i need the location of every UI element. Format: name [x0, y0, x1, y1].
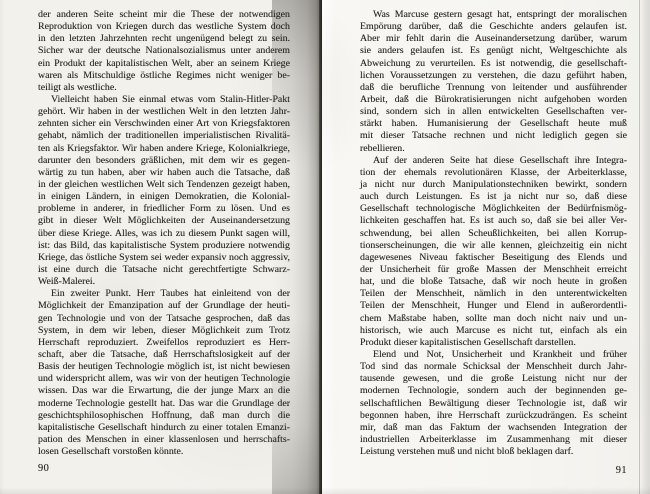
text-line: industriellen Arbeiterklasse im Zusammen… — [360, 434, 627, 446]
text-line: ja nicht nur durch Manipulationstechnike… — [360, 179, 627, 191]
text-line: Teilen der Menschheit, nämlich in den un… — [360, 288, 627, 300]
text-line: zehnten sicher ein Verschwinden einer Ar… — [38, 118, 290, 130]
text-line: wärtig zu tun haben, aber wir haben auch… — [38, 167, 290, 179]
text-line: Weiß-Malerei. — [38, 276, 290, 288]
text-line: tionserscheinungen, die wir alle kennen,… — [360, 240, 627, 252]
text-line: schaft, aber die Tatsache, daß Herrschaf… — [38, 349, 290, 361]
text-line: Kriege, das östliche System sei weder ex… — [38, 252, 290, 264]
text-line: Arbeit, daß die Bürokratisierungen nicht… — [360, 94, 627, 106]
text-line: der anderen Seite scheint mir die These … — [38, 9, 290, 21]
text-line: Was Marcuse gestern gesagt hat, entsprin… — [360, 9, 627, 21]
text-line: dagewesenes Niveau faktischer Beseitigun… — [360, 252, 627, 264]
page-number-right: 91 — [616, 465, 627, 476]
text-line: moderne Technologie gestellt hat. Das wa… — [38, 398, 290, 410]
text-line: Leistung verstehen muß und nicht bloß be… — [360, 446, 627, 458]
text-line: rebellieren. — [360, 143, 627, 155]
text-line: Reproduktion von Kriegen durch das westl… — [38, 21, 290, 33]
text-line: mit dieser Tatsache rechnen und nicht le… — [360, 130, 627, 142]
text-line: probleme in anderer, in friedlicher Form… — [38, 203, 290, 215]
text-line: schwendung, bei allen Scheußlichkeiten, … — [360, 228, 627, 240]
text-line: in den letzten Jahrzehnten recht ungenüg… — [38, 33, 290, 45]
text-line: waren als Mitschuldige östliche Regimes … — [38, 70, 290, 82]
text-line: Empörung darüber, daß die Geschichte and… — [360, 21, 627, 33]
text-line: sellschaftlichen Bewältigung dieser Tech… — [360, 398, 627, 410]
text-line: in der gleichen westlichen Welt sich Ten… — [38, 179, 290, 191]
left-page-edge — [0, 0, 4, 494]
text-line: gehört. Wir haben in der westlichen Welt… — [38, 106, 290, 118]
text-line: Herrschaft reproduziert. Zweifellos repr… — [38, 337, 290, 349]
paragraph: der anderen Seite scheint mir die These … — [38, 9, 290, 94]
paragraph: Auf der anderen Seite hat diese Gesellsc… — [360, 155, 627, 349]
text-line: Auf der anderen Seite hat diese Gesellsc… — [360, 155, 627, 167]
text-line: kapitalistische Gesellschaft hindurch zu… — [38, 422, 290, 434]
left-page-text: der anderen Seite scheint mir die These … — [38, 9, 290, 458]
text-line: Gesellschaft technologische Möglichkeite… — [360, 203, 627, 215]
text-line: modernen Technologie, sondern auch der b… — [360, 385, 627, 397]
bottom-page-edge — [0, 487, 650, 494]
text-line: gehabt, nämlich der traditionellen imper… — [38, 130, 290, 142]
text-line: Basis der heutigen Technologie möglich i… — [38, 361, 290, 373]
text-line: Möglichkeit der Emanzipation auf der Gru… — [38, 300, 290, 312]
text-line: über diese Kriege. Alles, was ich zu die… — [38, 228, 290, 240]
paragraph: Was Marcuse gestern gesagt hat, entsprin… — [360, 9, 627, 155]
text-line: lichen Voraussetzungen zu verstehen, die… — [360, 70, 627, 82]
text-line: auch durch Leistungen. Es ist ja nicht n… — [360, 191, 627, 203]
text-line: darunter den besonders gräßlichen, mit d… — [38, 155, 290, 167]
text-line: Vielleicht haben Sie einmal etwas vom St… — [38, 94, 290, 106]
text-line: losen Gesellschaft vorstoßen könnte. — [38, 446, 290, 458]
text-line: begonnen haben, ihre Herrschaft zurückzu… — [360, 410, 627, 422]
text-line: der Unsicherheit für große Massen der Me… — [360, 264, 627, 276]
text-line: pation des Menschen in einer klassenlose… — [38, 434, 290, 446]
text-line: Elend und Not, Unsicherheit und Krankhei… — [360, 349, 627, 361]
spine-line — [319, 0, 322, 494]
text-line: und widerspricht allem, was wir von der … — [38, 373, 290, 385]
text-line: historisch, wie auch Marcuse es nicht tu… — [360, 325, 627, 337]
paragraph: Vielleicht haben Sie einmal etwas vom St… — [38, 94, 290, 288]
text-line: ten als Kriegsfaktor. Wir haben andere K… — [38, 143, 290, 155]
text-line: System, in dem wir leben, dieser Möglich… — [38, 325, 290, 337]
page-curve-highlight — [322, 0, 336, 494]
text-line: mir, daß man das Faktum der wachsenden I… — [360, 422, 627, 434]
text-line: sind, sondern sich in allen entwickelten… — [360, 106, 627, 118]
text-line: tausende gewesen, und die große Leistung… — [360, 373, 627, 385]
text-line: in einigen Ländern, in einigen Demokrati… — [38, 191, 290, 203]
text-line: Teilen der Menschheit, Hunger und Elend … — [360, 300, 627, 312]
text-line: geschichtsphilosophischen Hoffnung, daß … — [38, 410, 290, 422]
right-page-text: Was Marcuse gestern gesagt hat, entsprin… — [360, 9, 627, 458]
text-line: Aber mir fehlt darin die Auseinandersetz… — [360, 33, 627, 45]
text-line: chem Maßstabe haben, sollte man doch nic… — [360, 313, 627, 325]
book-spread: der anderen Seite scheint mir die These … — [0, 0, 650, 494]
text-line: Sicher war der deutsche Nationalsozialis… — [38, 45, 290, 57]
text-line: teiligt als westliche. — [38, 82, 290, 94]
text-line: Ein zweiter Punkt. Herr Taubes hat einle… — [38, 288, 290, 300]
text-line: daß die berufliche Trennung von leitende… — [360, 82, 627, 94]
text-line: sie anders gelaufen ist. Es genügt nicht… — [360, 45, 627, 57]
text-line: ist eine durch die Tatsache nicht gerech… — [38, 264, 290, 276]
text-line: Abweichung zu verurteilen. Es ist notwen… — [360, 58, 627, 70]
text-line: hat, und die bloße Tatsache, daß wir noc… — [360, 276, 627, 288]
text-line: stärkt haben. Humanisierung der Gesellsc… — [360, 118, 627, 130]
text-line: Produkt dieser kapitalistischen Gesellsc… — [360, 337, 627, 349]
text-line: lichkeiten geschaffen hat. Es ist auch s… — [360, 215, 627, 227]
paragraph: Ein zweiter Punkt. Herr Taubes hat einle… — [38, 288, 290, 458]
text-line: tion der ehemals revolutionären Klasse, … — [360, 167, 627, 179]
text-line: Tod sind das normale Schicksal der Mensc… — [360, 361, 627, 373]
text-line: gen Technologie und von der Tatsache ges… — [38, 313, 290, 325]
text-line: ist: das Bild, das kapitalistische Syste… — [38, 240, 290, 252]
text-line: ein Produkt der kapitalistischen Welt, a… — [38, 58, 290, 70]
text-line: wissen. Das war die Erwartung, die der j… — [38, 385, 290, 397]
page-number-left: 90 — [38, 463, 49, 474]
text-line: gibt in dieser Welt Möglichkeiten der Au… — [38, 215, 290, 227]
paragraph: Elend und Not, Unsicherheit und Krankhei… — [360, 349, 627, 458]
right-page-edge — [639, 0, 650, 494]
